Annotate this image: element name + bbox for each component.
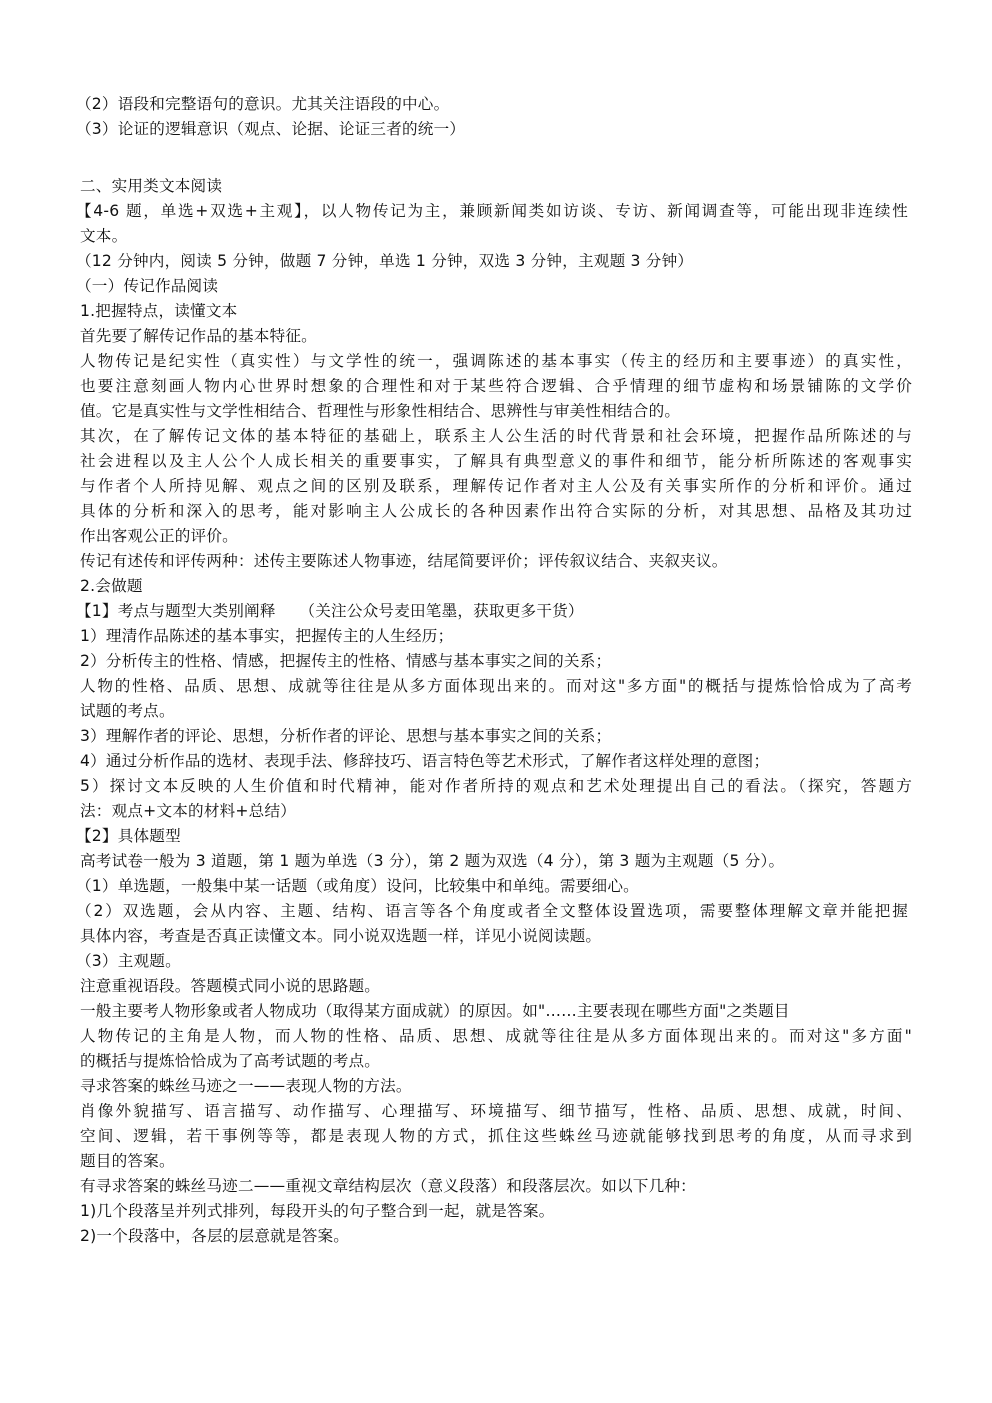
text-line: （3）论证的逻辑意识（观点、论据、论证三者的统一） — [76, 119, 908, 139]
text-line: 1.把握特点，读懂文本 — [80, 301, 912, 321]
text-line: 【4-6 题，单选+双选+主观】，以人物传记为主，兼顾新闻类如访谈、专访、新闻调… — [76, 201, 908, 221]
text-line: 高考试卷一般为 3 道题，第 1 题为单选（3 分），第 2 题为双选（4 分）… — [80, 851, 912, 871]
text-line: 作出客观公正的评价。 — [80, 526, 912, 546]
text-line: 的概括与提炼恰恰成为了高考试题的考点。 — [80, 1051, 912, 1071]
text-line: 有寻求答案的蛛丝马迹二——重视文章结构层次（意义段落）和段落层次。如以下几种： — [80, 1176, 912, 1196]
text-line: （1）单选题，一般集中某一话题（或角度）设问，比较集中和单纯。需要细心。 — [76, 876, 908, 896]
text-line: 寻求答案的蛛丝马迹之一——表现人物的方法。 — [80, 1076, 912, 1096]
text-line: 5）探讨文本反映的人生价值和时代精神，能对作者所持的观点和艺术处理提出自己的看法… — [80, 776, 912, 796]
text-line: （一）传记作品阅读 — [76, 276, 908, 296]
text-line: （12 分钟内，阅读 5 分钟，做题 7 分钟，单选 1 分钟，双选 3 分钟，… — [76, 251, 908, 271]
text-line: 其次，在了解传记文体的基本特征的基础上，联系主人公生活的时代背景和社会环境，把握… — [80, 426, 912, 446]
text-line: （3）主观题。 — [76, 951, 908, 971]
text-line: 也要注意刻画人物内心世界时想象的合理性和对于某些符合逻辑、合乎情理的细节虚构和场… — [80, 376, 912, 396]
text-line: 1）理清作品陈述的基本事实，把握传主的人生经历； — [80, 626, 912, 646]
text-line: 【2】具体题型 — [76, 826, 908, 846]
text-line: 2)一个段落中，各层的层意就是答案。 — [80, 1226, 912, 1246]
text-line: 一般主要考人物形象或者人物成功（取得某方面成就）的原因。如"……主要表现在哪些方… — [80, 1001, 912, 1021]
text-line: 2.会做题 — [80, 576, 912, 596]
document-page: （2）语段和完整语句的意识。尤其关注语段的中心。（3）论证的逻辑意识（观点、论据… — [0, 0, 992, 1403]
text-line: 题目的答案。 — [80, 1151, 912, 1171]
text-line: 人物传记是纪实性（真实性）与文学性的统一，强调陈述的基本事实（传主的经历和主要事… — [80, 351, 912, 371]
text-line: 注意重视语段。答题模式同小说的思路题。 — [80, 976, 912, 996]
text-line: 1)几个段落呈并列式排列，每段开头的句子整合到一起，就是答案。 — [80, 1201, 912, 1221]
text-line: 具体内容，考查是否真正读懂文本。同小说双选题一样，详见小说阅读题。 — [80, 926, 912, 946]
text-line: 人物的性格、品质、思想、成就等往往是从多方面体现出来的。而对这"多方面"的概括与… — [80, 676, 912, 696]
text-line: 传记有述传和评传两种：述传主要陈述人物事迹，结尾简要评价；评传叙议结合、夹叙夹议… — [80, 551, 912, 571]
text-line: 值。它是真实性与文学性相结合、哲理性与形象性相结合、思辨性与审美性相结合的。 — [80, 401, 912, 421]
text-line: 2）分析传主的性格、情感，把握传主的性格、情感与基本事实之间的关系； — [80, 651, 912, 671]
text-line: 二、实用类文本阅读 — [80, 176, 912, 196]
text-line: （2）语段和完整语句的意识。尤其关注语段的中心。 — [76, 94, 908, 114]
text-line: 试题的考点。 — [80, 701, 912, 721]
text-line: 人物传记的主角是人物，而人物的性格、品质、思想、成就等往往是从多方面体现出来的。… — [80, 1026, 912, 1046]
text-line: 具体的分析和深入的思考，能对影响主人公成长的各种因素作出符合实际的分析，对其思想… — [80, 501, 912, 521]
text-line: 4）通过分析作品的选材、表现手法、修辞技巧、语言特色等艺术形式，了解作者这样处理… — [80, 751, 912, 771]
text-line: 社会进程以及主人公个人成长相关的重要事实，了解具有典型意义的事件和细节，能分析所… — [80, 451, 912, 471]
text-line: 文本。 — [80, 226, 912, 246]
text-line: 【1】考点与题型大类别阐释 （关注公众号麦田笔墨，获取更多干货） — [76, 601, 908, 621]
text-line: 空间、逻辑，若干事例等等，都是表现人物的方式，抓住这些蛛丝马迹就能够找到思考的角… — [80, 1126, 912, 1146]
text-line: 首先要了解传记作品的基本特征。 — [80, 326, 912, 346]
text-line: （2）双选题，会从内容、主题、结构、语言等各个角度或者全文整体设置选项，需要整体… — [76, 901, 908, 921]
text-line: 与作者个人所持见解、观点之间的区别及联系，理解传记作者对主人公及有关事实所作的分… — [80, 476, 912, 496]
text-line: 3）理解作者的评论、思想，分析作者的评论、思想与基本事实之间的关系； — [80, 726, 912, 746]
text-line: 法：观点+文本的材料+总结） — [80, 801, 912, 821]
text-line: 肖像外貌描写、语言描写、动作描写、心理描写、环境描写、细节描写，性格、品质、思想… — [80, 1101, 912, 1121]
